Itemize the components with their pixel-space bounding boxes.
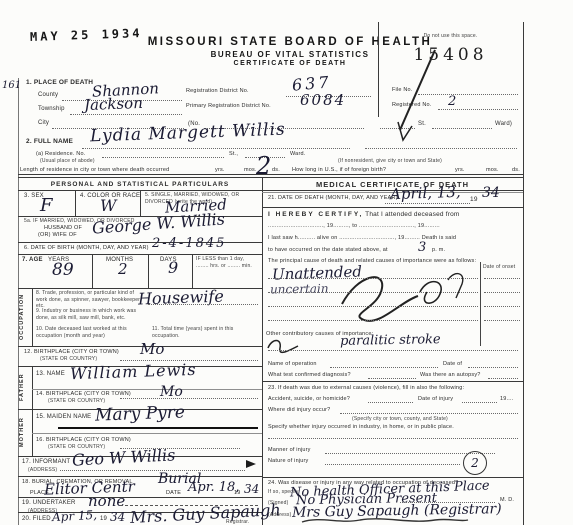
cell-divider bbox=[32, 288, 33, 346]
dotted-line bbox=[462, 402, 497, 403]
rule bbox=[262, 207, 523, 208]
residence-label: (a) Residence. No. bbox=[36, 151, 85, 157]
dotted-line bbox=[330, 367, 438, 368]
occurred-line: to have occurred on the date stated abov… bbox=[268, 247, 388, 253]
dotted-line bbox=[488, 378, 518, 379]
handwritten-burial-date: Apr. 18, bbox=[188, 480, 239, 495]
length-of-residence-label: Length of residence in city or town wher… bbox=[20, 167, 169, 173]
where-injury-label: Where did injury occur? bbox=[268, 407, 330, 413]
cell-divider bbox=[148, 254, 149, 288]
date-of-death-label: 21. DATE OF DEATH (MONTH, DAY, AND YEAR) bbox=[268, 195, 398, 201]
yrs-label: yrs. bbox=[455, 167, 465, 173]
handwritten-filed-year: 34 bbox=[110, 510, 125, 524]
dotted-line bbox=[82, 148, 350, 149]
handwritten-filed-date: Apr 15, bbox=[52, 508, 98, 524]
rule bbox=[18, 497, 262, 498]
handwritten-registered-no: 2 bbox=[448, 94, 456, 109]
injury-year-label: 19.... bbox=[500, 396, 513, 402]
cell-divider bbox=[75, 190, 76, 216]
md-label: M. D. bbox=[500, 497, 514, 503]
handwritten-cause-2: uncertain bbox=[270, 281, 329, 296]
rule bbox=[32, 433, 262, 434]
dotted-line bbox=[70, 114, 182, 115]
dotted-line bbox=[385, 203, 470, 204]
dotted-line bbox=[484, 306, 520, 307]
filed-year-prefix: 19 bbox=[100, 516, 107, 522]
dotted-line bbox=[365, 148, 517, 149]
handwritten-father-name: William Lewis bbox=[70, 360, 197, 383]
cell-divider bbox=[92, 254, 93, 288]
time-suffix-label: p. m. bbox=[432, 247, 445, 253]
signed-label: (Signed) bbox=[268, 500, 289, 506]
rule bbox=[18, 254, 262, 255]
cell-divider bbox=[32, 366, 33, 409]
age-label: 7. AGE bbox=[22, 257, 43, 263]
operation-label: Name of operation bbox=[268, 361, 317, 367]
dotted-line bbox=[268, 320, 478, 321]
mother-maiden-name-label: 15. MAIDEN NAME bbox=[36, 414, 91, 420]
handwritten-trade: Housewife bbox=[138, 287, 224, 309]
dotted-line bbox=[60, 470, 245, 471]
handwritten-age-years: 89 bbox=[52, 260, 74, 280]
handwritten-mother-name: Mary Pyre bbox=[95, 402, 186, 425]
death-certificate: MAY 25 1934 MISSOURI STATE BOARD OF HEAL… bbox=[0, 0, 573, 525]
mother-birthplace-label: 16. BIRTHPLACE (CITY OR TOWN) bbox=[36, 437, 131, 443]
rule bbox=[262, 381, 523, 382]
informant-address-label: (ADDRESS) bbox=[28, 467, 57, 473]
personal-particulars-heading: PERSONAL AND STATISTICAL PARTICULARS bbox=[18, 181, 262, 188]
husband-of-label: HUSBAND OF bbox=[44, 225, 82, 231]
dotted-line bbox=[268, 438, 518, 439]
nature-of-injury-label: Nature of injury bbox=[268, 458, 309, 464]
residence-note: (Usual place of abode) bbox=[40, 158, 95, 164]
informant-label: 17. INFORMANT bbox=[22, 459, 70, 465]
ink-underline bbox=[58, 427, 258, 429]
father-birthplace-label: 14. BIRTHPLACE (CITY OR TOWN) bbox=[36, 391, 131, 397]
industry-label: 9. Industry or business in which work wa… bbox=[36, 308, 146, 321]
handwritten-registrar-signature: Mrs. Guy Sapaugh bbox=[130, 500, 282, 525]
form-right-border bbox=[523, 22, 524, 525]
residence-street-label: St., bbox=[229, 151, 238, 157]
circled-mark: 2 bbox=[463, 451, 487, 475]
dotted-line bbox=[268, 292, 478, 293]
dotted-line bbox=[368, 402, 413, 403]
handwritten-margin-number: 161 bbox=[2, 80, 21, 91]
mother-side-label: MOTHER bbox=[19, 412, 25, 453]
handwritten-age-months: 2 bbox=[118, 260, 128, 278]
dotted-line bbox=[418, 94, 518, 95]
accident-label: Accident, suicide, or homicide? bbox=[268, 396, 350, 402]
burial-date-label: DATE bbox=[166, 490, 181, 496]
dotted-line bbox=[268, 278, 478, 279]
date-of-birth-label: 6. DATE OF BIRTH (MONTH, DAY, AND YEAR) bbox=[24, 245, 149, 251]
autopsy-label: Was there an autopsy? bbox=[420, 372, 481, 378]
birthplace-label: 12. BIRTHPLACE (CITY OR TOWN) bbox=[24, 349, 119, 355]
how-long-us-label: How long in U.S., if of foreign birth? bbox=[292, 167, 386, 173]
handwritten-full-name: Lydia Margett Willis bbox=[90, 120, 286, 147]
ink-slash-mark bbox=[388, 48, 440, 144]
mos-label: mos. bbox=[486, 167, 499, 173]
handwritten-date-of-death: April, 13, bbox=[390, 183, 461, 203]
last-worked-label: 10. Date deceased last worked at this oc… bbox=[36, 326, 144, 339]
dotted-line bbox=[102, 157, 224, 158]
registrar-label: Registrar. bbox=[226, 519, 249, 525]
township-label: Township bbox=[38, 106, 65, 112]
handwritten-burial-year: 34 bbox=[244, 482, 259, 496]
dotted-line bbox=[484, 278, 520, 279]
certify-intro: I HEREBY CERTIFY, bbox=[268, 211, 363, 218]
ds-label: ds. bbox=[272, 167, 280, 173]
certify-rest: That I attended deceased from bbox=[365, 211, 459, 218]
handwritten-contributory: paralitic stroke bbox=[340, 332, 441, 349]
dotted-line bbox=[484, 292, 520, 293]
birthplace-note: (STATE OR COUNTRY) bbox=[40, 356, 97, 362]
address-label: (Address) bbox=[268, 512, 291, 518]
nonresident-note: (If nonresident, give city or town and S… bbox=[338, 158, 442, 164]
handwritten-sex: F bbox=[40, 195, 53, 216]
handwritten-age-days: 9 bbox=[168, 258, 178, 277]
rule bbox=[18, 476, 262, 477]
ink-scribble bbox=[330, 262, 480, 334]
registration-district-label: Registration District No. bbox=[186, 88, 249, 94]
ward-label: Ward) bbox=[495, 121, 512, 127]
dotted-line bbox=[148, 304, 258, 305]
date-of-onset-label: Date of onset bbox=[483, 264, 521, 271]
father-name-label: 13. NAME bbox=[36, 371, 65, 377]
residence-ward-label: Ward. bbox=[290, 151, 305, 157]
handwritten-death-year: 34 bbox=[482, 185, 500, 201]
dotted-line bbox=[325, 464, 460, 465]
handwritten-circled-number: 2 bbox=[471, 456, 479, 470]
cell-divider bbox=[192, 254, 193, 288]
ink-scribble bbox=[262, 334, 302, 356]
mos-label: mos. bbox=[244, 167, 257, 173]
specify-where-label: Specify whether injury occurred in indus… bbox=[268, 424, 454, 430]
dotted-line bbox=[340, 413, 518, 414]
filed-label: 20. FILED bbox=[22, 516, 51, 522]
do-not-use-note: Do not use this space. bbox=[378, 33, 523, 39]
father-side-label: FATHER bbox=[19, 368, 25, 407]
handwritten-time-of-death: 3 bbox=[418, 240, 426, 255]
city-label: City bbox=[38, 120, 49, 126]
registered-no-label: Registered No. bbox=[392, 102, 432, 108]
handwritten-page-mark: 2 bbox=[256, 152, 271, 180]
dotted-line bbox=[432, 128, 492, 129]
handwritten-informant: Geo W Willis bbox=[72, 445, 176, 469]
handwritten-primary-registration: 6084 bbox=[300, 91, 346, 109]
county-label: County bbox=[38, 92, 58, 98]
dotted-line bbox=[268, 350, 518, 351]
last-saw-alive-line: I last saw h.......... alive on ........… bbox=[268, 235, 456, 241]
ds-label: ds. bbox=[512, 167, 520, 173]
death-year-prefix: 19 bbox=[470, 196, 478, 203]
trade-label: 8. Trade, profession, or particular kind… bbox=[36, 290, 146, 310]
rule bbox=[32, 389, 262, 390]
full-name-label: 2. FULL NAME bbox=[26, 138, 73, 145]
ink-arrow-mark bbox=[246, 460, 256, 468]
certify-dates-line: ................................, 19....… bbox=[268, 223, 440, 229]
test-confirmed-label: What test confirmed diagnosis? bbox=[268, 372, 351, 378]
dotted-line bbox=[484, 320, 520, 321]
if-less-than-day-label: IF LESS than 1 day, ........ hrs. or ...… bbox=[196, 256, 256, 269]
father-birthplace-note: (STATE OR COUNTRY) bbox=[48, 398, 105, 404]
burial-year-prefix: 19 bbox=[234, 490, 241, 496]
injury-date-label: Date of injury bbox=[418, 396, 453, 402]
dotted-line bbox=[368, 378, 416, 379]
handwritten-race: W bbox=[100, 196, 116, 215]
onset-column-divider bbox=[480, 262, 481, 346]
received-date-stamp: MAY 25 1934 bbox=[30, 26, 143, 44]
manner-of-injury-label: Manner of injury bbox=[268, 447, 311, 453]
wife-of-label: (OR) WIFE OF bbox=[38, 232, 77, 238]
place-of-death-heading: 1. PLACE OF DEATH bbox=[26, 79, 93, 86]
occupation-side-label: OCCUPATION bbox=[19, 290, 25, 344]
primary-registration-label: Primary Registration District No. bbox=[186, 103, 271, 109]
file-no-label: File No. bbox=[392, 87, 413, 93]
handwritten-birthplace: Mo bbox=[140, 340, 164, 358]
total-time-label: 11. Total time (years) spent in this occ… bbox=[152, 326, 247, 339]
specify-location-note: (Specify city or town, county, and State… bbox=[352, 416, 448, 422]
external-causes-label: 23. If death was due to external causes … bbox=[268, 385, 464, 391]
handwritten-date-of-birth: 2-4-1845 bbox=[152, 236, 226, 251]
dotted-line bbox=[468, 367, 518, 368]
dotted-line bbox=[268, 306, 478, 307]
ink-scribble bbox=[300, 516, 470, 525]
dotted-line bbox=[120, 398, 258, 399]
handwritten-township: Jackson bbox=[84, 94, 143, 114]
yrs-label: yrs. bbox=[215, 167, 225, 173]
operation-date-label: Date of bbox=[443, 361, 462, 367]
undertaker-label: 19. UNDERTAKER bbox=[22, 500, 76, 506]
dotted-line bbox=[438, 109, 518, 110]
